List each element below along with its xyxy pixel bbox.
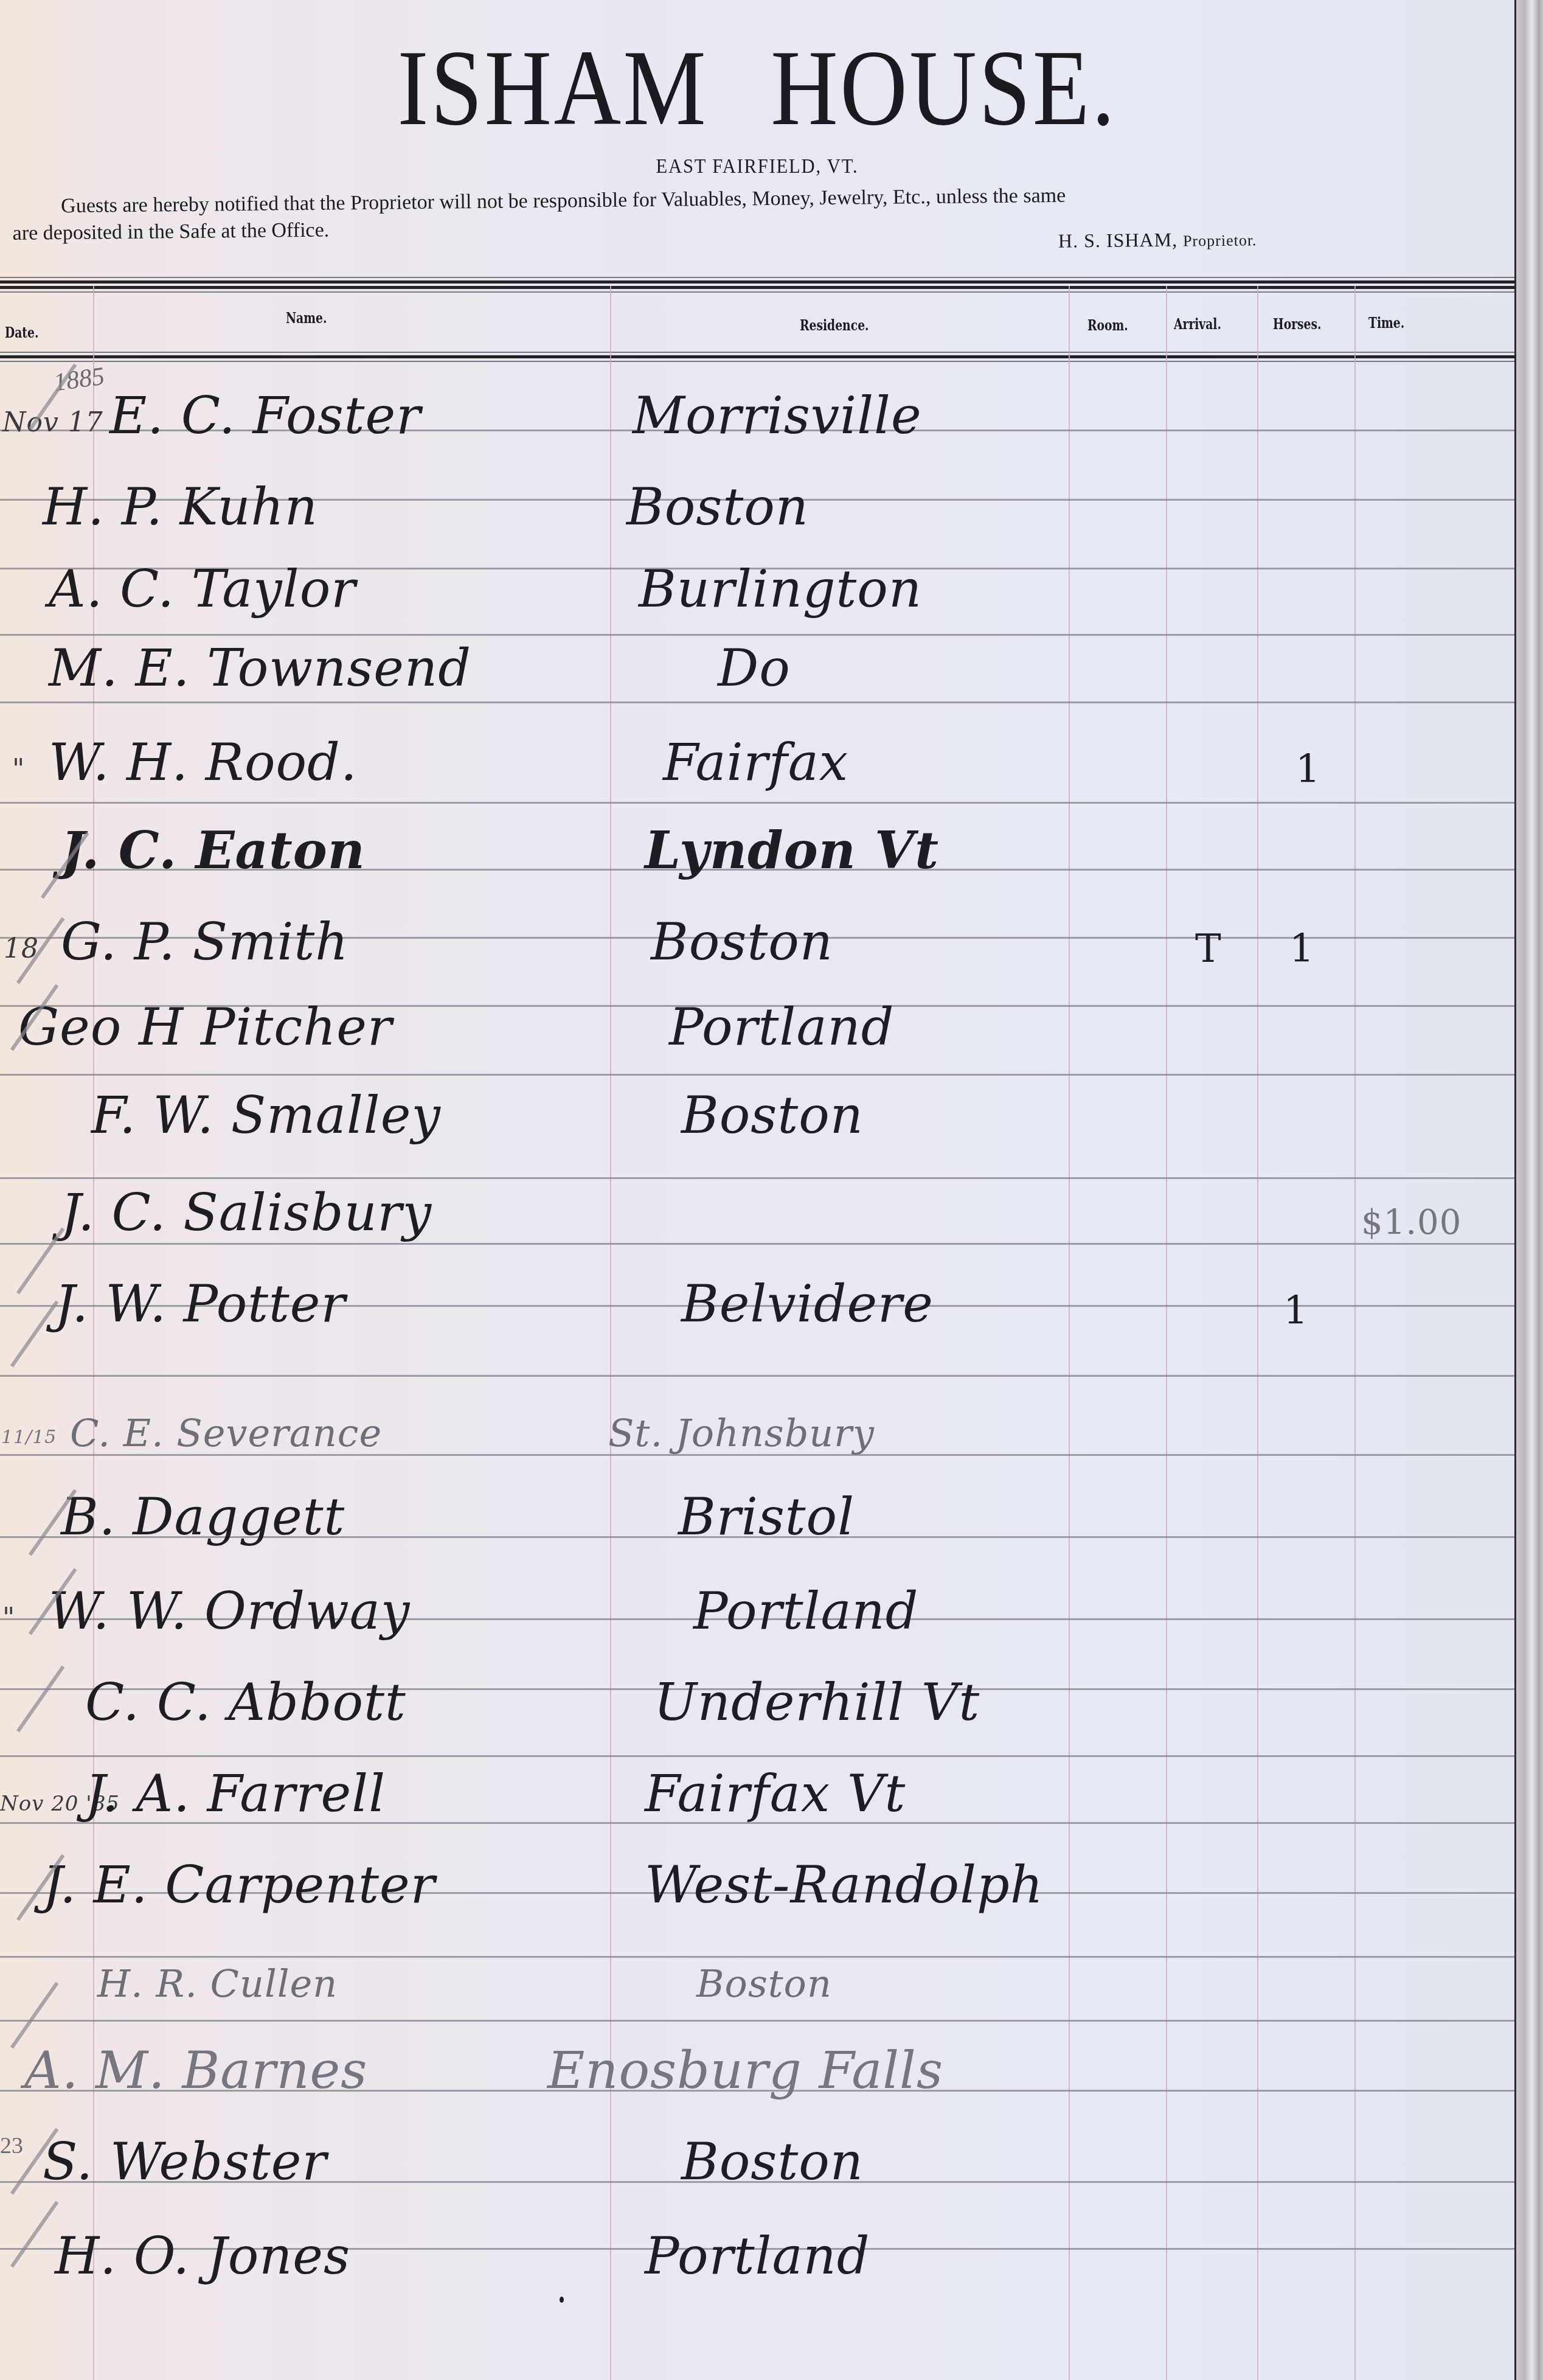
- column-header-row: Date. Name. Residence. Room. Arrival. Ho…: [0, 304, 1514, 353]
- entry-name: G. P. Smith: [61, 912, 348, 972]
- entry-residence: Fairfax: [663, 732, 848, 792]
- entry-name: H. R. Cullen: [97, 1961, 338, 2006]
- hotel-name-first: ISHAM: [398, 27, 709, 148]
- entry-name: J. C. Salisbury: [61, 1183, 432, 1242]
- proprietor-name: H. S. ISHAM,: [1058, 229, 1177, 252]
- register-entry: J. C. Eaton Lyndon Vt: [0, 797, 1514, 891]
- entry-residence: Lyndon Vt: [645, 820, 939, 880]
- proprietor-title: Proprietor.: [1183, 231, 1257, 249]
- ink-spot: [560, 2297, 564, 2303]
- entry-name: J. A. Farrell: [85, 1764, 386, 1823]
- entry-residence: Portland: [669, 997, 894, 1057]
- entry-date: ": [12, 754, 25, 785]
- entry-residence: Portland: [693, 1581, 918, 1641]
- entry-name: W. W. Ordway: [49, 1581, 410, 1641]
- register-entry: J. E. Carpenter West-Randolph: [0, 1831, 1514, 1926]
- entry-name: J. W. Potter: [55, 1274, 346, 1334]
- register-entry: C. C. Abbott Underhill Vt: [0, 1649, 1514, 1743]
- entry-residence: Boston: [696, 1961, 832, 2006]
- entry-date: 11/15: [1, 1427, 57, 1448]
- register-entry: H. O. Jones Portland: [0, 2202, 1514, 2297]
- book-binding-edge: [1514, 0, 1543, 2380]
- entry-name: C. E. Severance: [70, 1411, 382, 1455]
- column-header-residence: Residence.: [800, 316, 869, 334]
- entry-residence: Belvidere: [681, 1274, 934, 1334]
- register-entry: F. W. Smalley Boston: [0, 1062, 1514, 1156]
- entry-name: S. Webster: [43, 2132, 327, 2191]
- register-entry: B. Daggett Bristol: [0, 1463, 1514, 1557]
- column-header-date: Date.: [5, 324, 38, 341]
- register-entry: Nov 20 '85 J. A. Farrell Fairfax Vt: [0, 1740, 1514, 1834]
- entry-horses: 1: [1295, 747, 1321, 792]
- column-header-horses: Horses.: [1273, 315, 1322, 333]
- register-entry: J. W. Potter Belvidere 1: [0, 1250, 1514, 1345]
- entry-residence: Fairfax Vt: [645, 1764, 906, 1823]
- entry-residence: Morrisville: [633, 386, 922, 445]
- register-entry: " W. W. Ordway Portland: [0, 1557, 1514, 1652]
- hotel-name-second: HOUSE.: [771, 27, 1117, 148]
- hotel-title: ISHAMHOUSE.: [106, 33, 1408, 142]
- entry-residence: Portland: [645, 2226, 870, 2286]
- entry-name: H. O. Jones: [55, 2226, 350, 2286]
- register-entry: 18 G. P. Smith Boston T 1: [0, 888, 1514, 983]
- entry-name: A. C. Taylor: [49, 559, 356, 619]
- column-header-arrival: Arrival.: [1174, 315, 1221, 333]
- entry-residence: Boston: [651, 912, 833, 972]
- register-entry: H. R. Cullen Boston: [0, 1922, 1514, 2017]
- register-entry: J. C. Salisbury $1.00: [0, 1159, 1514, 1253]
- proprietor-signature: H. S. ISHAM, Proprietor.: [1058, 228, 1257, 252]
- liability-notice: Guests are hereby notified that the Prop…: [12, 178, 1503, 247]
- entry-name: E. C. Foster: [109, 386, 421, 445]
- entry-residence: Boston: [681, 1085, 864, 1145]
- entry-name: Geo H Pitcher: [18, 997, 392, 1057]
- register-entry: M. E. Townsend Do: [0, 614, 1514, 709]
- entry-residence: Bristol: [678, 1487, 855, 1547]
- entry-name: B. Daggett: [61, 1487, 345, 1547]
- register-entry: Geo H Pitcher Portland: [0, 973, 1514, 1068]
- register-entry: Nov 17 E. C. Foster Morrisville: [0, 362, 1514, 456]
- register-entry: S. Webster Boston: [0, 2108, 1514, 2202]
- entry-name: W. H. Rood.: [49, 732, 358, 792]
- hotel-location: EAST FAIRFIELD, VT.: [76, 155, 1439, 178]
- entry-name: C. C. Abbott: [85, 1672, 406, 1732]
- entry-name: A. M. Barnes: [24, 2041, 367, 2100]
- entry-residence: West-Randolph: [645, 1855, 1044, 1915]
- register-entry: A. M. Barnes Enosburg Falls: [0, 2017, 1514, 2111]
- entry-name: J. C. Eaton: [61, 820, 366, 880]
- entry-name: J. E. Carpenter: [43, 1855, 435, 1915]
- entry-residence: Do: [718, 638, 791, 698]
- column-header-name: Name.: [286, 309, 327, 327]
- entry-residence: Boston: [626, 477, 809, 537]
- entry-horses: 1: [1283, 1289, 1309, 1334]
- entry-arrival: T: [1195, 927, 1222, 972]
- entry-date: ": [2, 1602, 15, 1634]
- entry-residence: Enosburg Falls: [547, 2041, 943, 2100]
- entry-residence: Underhill Vt: [654, 1672, 980, 1732]
- entry-date: Nov 17: [2, 407, 103, 438]
- register-entry: 11/15 C. E. Severance St. Johnsbury: [0, 1372, 1514, 1466]
- register-entry: " W. H. Rood. Fairfax 1: [0, 709, 1514, 803]
- header-bottom-rule: [0, 352, 1514, 362]
- entry-name: M. E. Townsend: [49, 638, 471, 698]
- entry-residence: Boston: [681, 2132, 864, 2191]
- header-top-rule: [0, 277, 1514, 293]
- entry-name: H. P. Kuhn: [43, 477, 318, 537]
- entry-name: F. W. Smalley: [91, 1085, 441, 1145]
- entry-residence: St. Johnsbury: [608, 1411, 875, 1455]
- column-header-room: Room.: [1087, 316, 1128, 334]
- register-page: ISHAMHOUSE. EAST FAIRFIELD, VT. Guests a…: [0, 0, 1514, 2380]
- entry-residence: Burlington: [639, 559, 922, 619]
- register-entry: H. P. Kuhn Boston: [0, 453, 1514, 548]
- entry-horses: 1: [1289, 927, 1315, 972]
- entry-time: $1.00: [1361, 1203, 1462, 1242]
- column-header-time: Time.: [1368, 314, 1404, 332]
